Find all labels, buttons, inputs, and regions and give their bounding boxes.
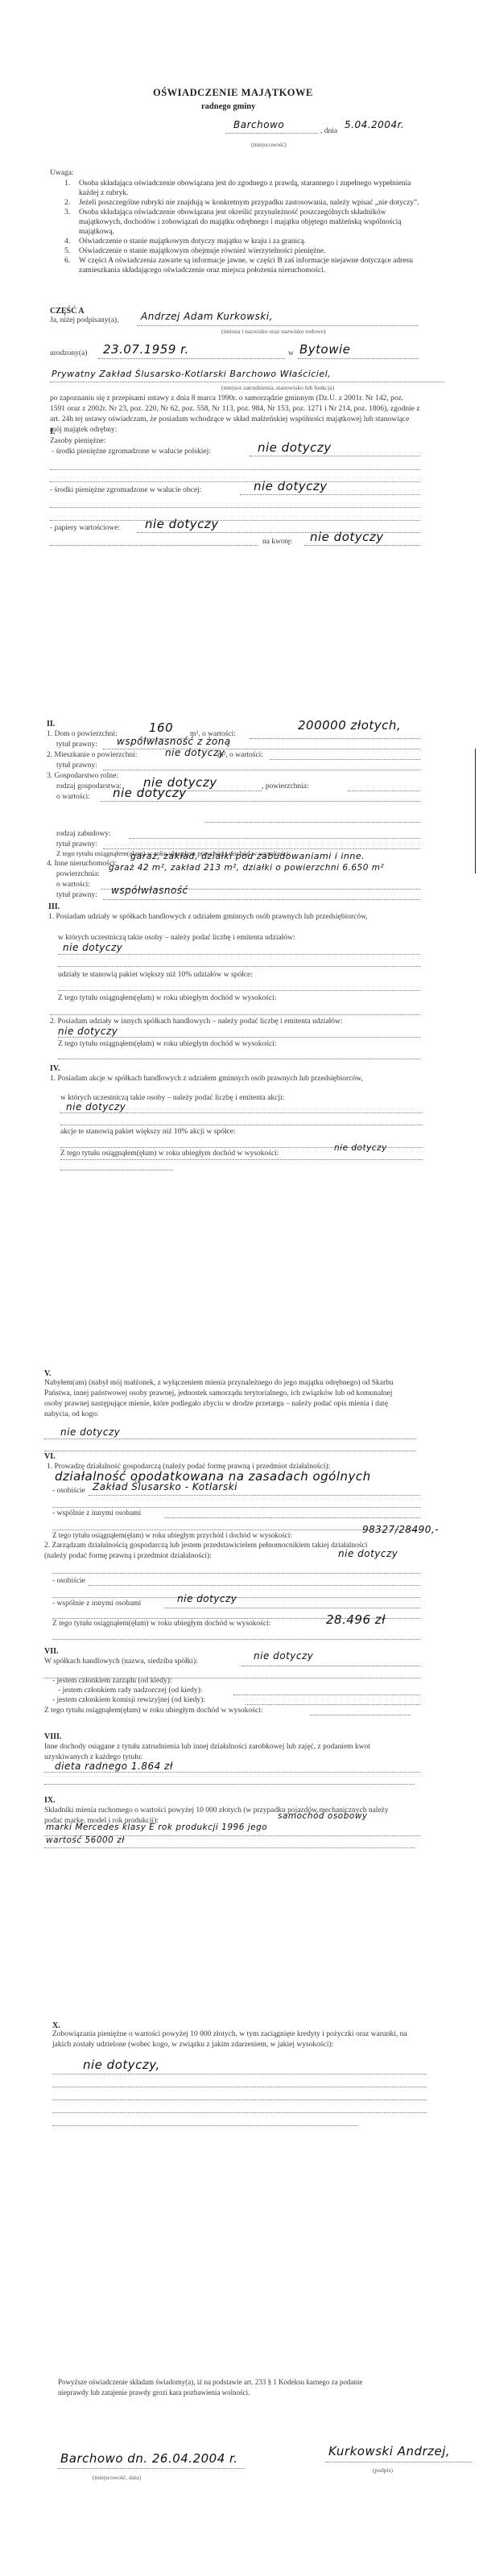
- born-line: [98, 358, 285, 359]
- section-6-q1-income-value: 98327/28490,-: [362, 1524, 439, 1535]
- blank-line: [52, 1573, 420, 1574]
- note-item: 6.W części A oświadczenia zawarte są inf…: [64, 256, 423, 275]
- house-label: 1. Dom o powierzchni:: [47, 729, 118, 740]
- place-value: Barchowo: [233, 119, 284, 130]
- joint-line: [165, 1517, 420, 1518]
- companies-label: W spółkach handlowych (nazwa, siedziba s…: [44, 1657, 198, 1667]
- section-4-q1-value: nie dotyczy: [66, 1101, 126, 1113]
- other-title-value: współwłasność: [111, 885, 188, 896]
- section-6-heading: VI.: [44, 1451, 56, 1462]
- section-10-value: nie dotyczy,: [83, 2058, 160, 2072]
- blank-line: [52, 2125, 358, 2126]
- footer-statement: Powyższe oświadczenie składam świadomy(a…: [58, 2377, 380, 2398]
- audit-label: - jestem członkiem komisji rewizyjnej (o…: [52, 1695, 205, 1706]
- house-title-line: [103, 749, 420, 749]
- signature-value: Kurkowski Andrzej,: [328, 2444, 450, 2458]
- joint-label: - wspólnie z innymi osobami: [52, 1509, 141, 1519]
- flat-unit: m², o wartości:: [217, 750, 263, 761]
- place-date-line: [58, 2468, 245, 2469]
- q2-joint-line: [165, 1608, 420, 1608]
- foreign-value: nie dotyczy: [254, 479, 328, 493]
- section-6-q2-value: nie dotyczy: [338, 1548, 398, 1559]
- born-value: 23.07.1959 r.: [103, 342, 189, 357]
- companies-value: nie dotyczy: [254, 1650, 313, 1662]
- blank-line: [58, 1037, 420, 1038]
- employment-value: Prywatny Zakład Ślusarsko-Kotlarski Barc…: [52, 369, 331, 379]
- personal-value: Zakład Ślusarsko - Kotlarski: [93, 1481, 237, 1492]
- blank-line: [60, 1113, 423, 1113]
- section-10-text: Zobowiązania pieniężne o wartości powyże…: [52, 2029, 423, 2050]
- other-title-label: tytuł prawny:: [56, 890, 97, 901]
- flat-title-label: tytuł prawny:: [56, 761, 97, 771]
- supervisory-line: [233, 1695, 420, 1695]
- born-label: urodzony(a): [50, 349, 87, 359]
- date-prefix: , dnia: [320, 126, 337, 137]
- place-date-caption: (miejscowość, data): [93, 2474, 141, 2481]
- blank-line: [52, 1507, 420, 1508]
- other-label: 4. Inne nieruchomości:: [47, 859, 117, 869]
- pln-value: nie dotyczy: [258, 440, 332, 455]
- q2-personal-line: [89, 1585, 420, 1586]
- scan-edge-line: [475, 749, 476, 873]
- farm-area-label: , powierzchnia:: [262, 782, 309, 792]
- pln-line: [250, 456, 420, 456]
- section-3-heading: III.: [48, 902, 60, 912]
- section-3-q1-value: nie dotyczy: [63, 942, 122, 953]
- section-3-q1: 1. Posiadam udziały w spółkach handlowyc…: [48, 912, 394, 923]
- blank-line: [60, 1125, 423, 1125]
- other-worth-label: o wartości:: [56, 880, 90, 890]
- flat-label: 2. Mieszkanie o powierzchni:: [47, 750, 137, 761]
- employment-caption: (miejsce zatrudnienia, stanowisko lub fu…: [221, 384, 334, 391]
- section-9-value-1: samochód osobowy: [278, 1811, 368, 1821]
- place-caption: (miejscowość): [251, 141, 287, 148]
- section-4-q1-pct: akcje te stanowią pakiet większy niż 10%…: [60, 1127, 236, 1137]
- farm-label: 3. Gospodarstwo rolne:: [47, 771, 118, 782]
- note-item: 1.Osoba składająca oświadczenie obowiąza…: [64, 179, 423, 198]
- farm-type-label: rodzaj gospodarstwa:: [56, 782, 122, 792]
- blank-line: [60, 1159, 423, 1160]
- farm-worth-label: o wartości:: [56, 792, 90, 803]
- other-title-line: [103, 899, 420, 900]
- section-7-income-line: [310, 1715, 411, 1715]
- house-title-label: tytuł prawny:: [56, 740, 97, 750]
- flat-title-line: [103, 770, 420, 770]
- section-7-heading: VII.: [44, 1646, 59, 1657]
- farm-build-line: [129, 838, 420, 839]
- section-6-q2-income-value: 28.496 zł: [326, 1612, 386, 1627]
- place-date-value: Barchowo dn. 26.04.2004 r.: [60, 2451, 238, 2466]
- section-1-label: Zasoby pieniężne:: [50, 436, 105, 447]
- signature-line: [326, 2462, 471, 2462]
- employment-line: [50, 382, 444, 382]
- blank-line: [50, 520, 420, 521]
- audit-line: [246, 1704, 420, 1705]
- amount-line: [304, 545, 420, 546]
- personal-label: - osobiście: [52, 1486, 85, 1496]
- house-value-line: [250, 738, 420, 739]
- signer-caption: (imiona i nazwisko oraz nazwisko rodowe): [221, 328, 325, 335]
- section-6-q2-income: Z tego tytułu osiągnąłem(ęłam) w roku ub…: [52, 1619, 271, 1629]
- notes-list: 1.Osoba składająca oświadczenie obowiąza…: [64, 179, 423, 275]
- blank-line: [58, 954, 420, 955]
- foreign-line: [240, 494, 420, 495]
- farm-worth-line: [101, 801, 420, 802]
- blank-line: [44, 1439, 416, 1439]
- legal-text: po zapoznaniu się z przepisami ustawy z …: [50, 394, 420, 436]
- section-5-value: nie dotyczy: [60, 1426, 120, 1438]
- note-item: 4.Oświadczenie o stanie majątkowym dotyc…: [64, 237, 423, 246]
- section-8-heading: VIII.: [44, 1732, 61, 1742]
- blank-line: [58, 1059, 420, 1059]
- q2-personal-label: - osobiście: [52, 1576, 85, 1587]
- date-value: 5.04.2004r.: [345, 119, 404, 130]
- note-item: 3.Osoba składająca oświadczenie obowiąza…: [64, 208, 423, 237]
- securities-label: - papiery wartościowe:: [50, 523, 120, 534]
- section-4-q1-income-value: nie dotyczy: [334, 1143, 387, 1153]
- other-area-value: garaż 42 m², zakład 213 m², działki o po…: [109, 863, 384, 873]
- farm-worth-value: nie dotyczy: [113, 786, 187, 800]
- blank-line: [44, 1451, 416, 1451]
- blank-line: [44, 1784, 415, 1785]
- signer-value: Andrzej Adam Kurkowski,: [141, 311, 273, 322]
- signer-line: [137, 325, 419, 326]
- foreign-label: - środki pieniężne zgromadzone w walucie…: [50, 485, 201, 496]
- note-item: 2.Jeżeli poszczególne rubryki nie znajdu…: [64, 198, 423, 208]
- other-value: garaż, zakład, działki pod zabudowaniami…: [130, 851, 365, 861]
- document-subtitle: radnego gminy: [201, 102, 255, 111]
- personal-line: [89, 1495, 420, 1496]
- section-4-q1: 1. Posiadam akcje w spółkach handlowych …: [50, 1074, 396, 1084]
- q2-joint-value: nie dotyczy: [177, 1593, 237, 1604]
- born-in-line: [298, 358, 419, 359]
- signer-label: Ja, niżej podpisany(a),: [50, 316, 118, 326]
- blank-line: [52, 1639, 420, 1640]
- section-8-value: dieta radnego 1.864 zł: [55, 1761, 173, 1772]
- section-2-heading: II.: [47, 719, 55, 729]
- pln-label: - środki pieniężne zgromadzone w walucie…: [52, 447, 211, 457]
- blank-line: [58, 966, 420, 967]
- securities-value: nie dotyczy: [145, 517, 219, 531]
- other-area-label: powierzchnia:: [56, 869, 100, 880]
- house-area: 160: [149, 720, 173, 735]
- blank-line: [58, 990, 420, 991]
- house-title-value: współwłasność z żoną: [117, 736, 231, 747]
- section-3-q1-income: Z tego tytułu osiągnąłem(ęłam) w roku ub…: [58, 993, 277, 1004]
- section-9-value-2: marki Mercedes klasy E rok produkcji 199…: [46, 1823, 267, 1832]
- section-3-q1-pct: udziały te stanowią pakiet większy niż 1…: [58, 970, 253, 980]
- house-value: 200000 złotych,: [298, 718, 401, 733]
- farm-area-line: [348, 791, 420, 791]
- blank-line: [52, 2074, 427, 2074]
- blank-line: [52, 2087, 427, 2087]
- flat-value: nie dotyczy: [165, 747, 225, 758]
- section-9-heading: IX.: [44, 1795, 56, 1806]
- blank-line: [50, 545, 258, 546]
- born-in-label: w: [288, 349, 294, 359]
- section-4-q1-income: Z tego tytułu osiągnąłem(ęłam) w roku ub…: [60, 1149, 279, 1159]
- born-in-value: Bytowie: [299, 342, 350, 357]
- section-7-income: Z tego tytułu osiągnąłem(ęłam) w roku ub…: [44, 1706, 263, 1716]
- section-3-q2-income: Z tego tytułu osiągnąłem(ęłam) w roku ub…: [58, 1039, 277, 1050]
- section-5-text: Nabyłem(am) (nabył mój małżonek, z wyłąc…: [44, 1378, 407, 1420]
- blank-line: [50, 507, 420, 508]
- notes-heading: Uwaga:: [50, 168, 74, 179]
- section-4-heading: IV.: [50, 1063, 60, 1074]
- section-3-q2-value: nie dotyczy: [58, 1026, 118, 1037]
- blank-line: [50, 481, 420, 482]
- blank-line: [52, 2099, 427, 2100]
- blank-line: [50, 1014, 420, 1015]
- blank-line: [44, 1772, 420, 1773]
- farm-build-label: rodzaj zabudowy:: [56, 829, 111, 840]
- document-title: OŚWIADCZENIE MAJĄTKOWE: [153, 87, 313, 99]
- q2-joint-label: - wspólnie z innymi osobami: [52, 1599, 141, 1609]
- note-item: 5.Oświadczenie o stanie majątkowym obejm…: [64, 246, 423, 256]
- blank-line: [44, 1847, 415, 1848]
- blank-line: [205, 822, 420, 823]
- signature-caption: (podpis): [373, 2467, 393, 2474]
- companies-line: [242, 1666, 420, 1666]
- section-6-q1-income: Z tego tytułu osiągnąłem(ęłam) w roku ub…: [52, 1530, 292, 1541]
- amount-label: na kwotę:: [262, 537, 292, 547]
- blank-line: [60, 1170, 173, 1170]
- blank-line: [50, 469, 420, 470]
- flat-value-line: [270, 759, 420, 760]
- blank-line: [52, 2112, 427, 2113]
- amount-value: nie dotyczy: [310, 530, 384, 544]
- section-9-value-3: wartość 56000 zł: [46, 1835, 125, 1845]
